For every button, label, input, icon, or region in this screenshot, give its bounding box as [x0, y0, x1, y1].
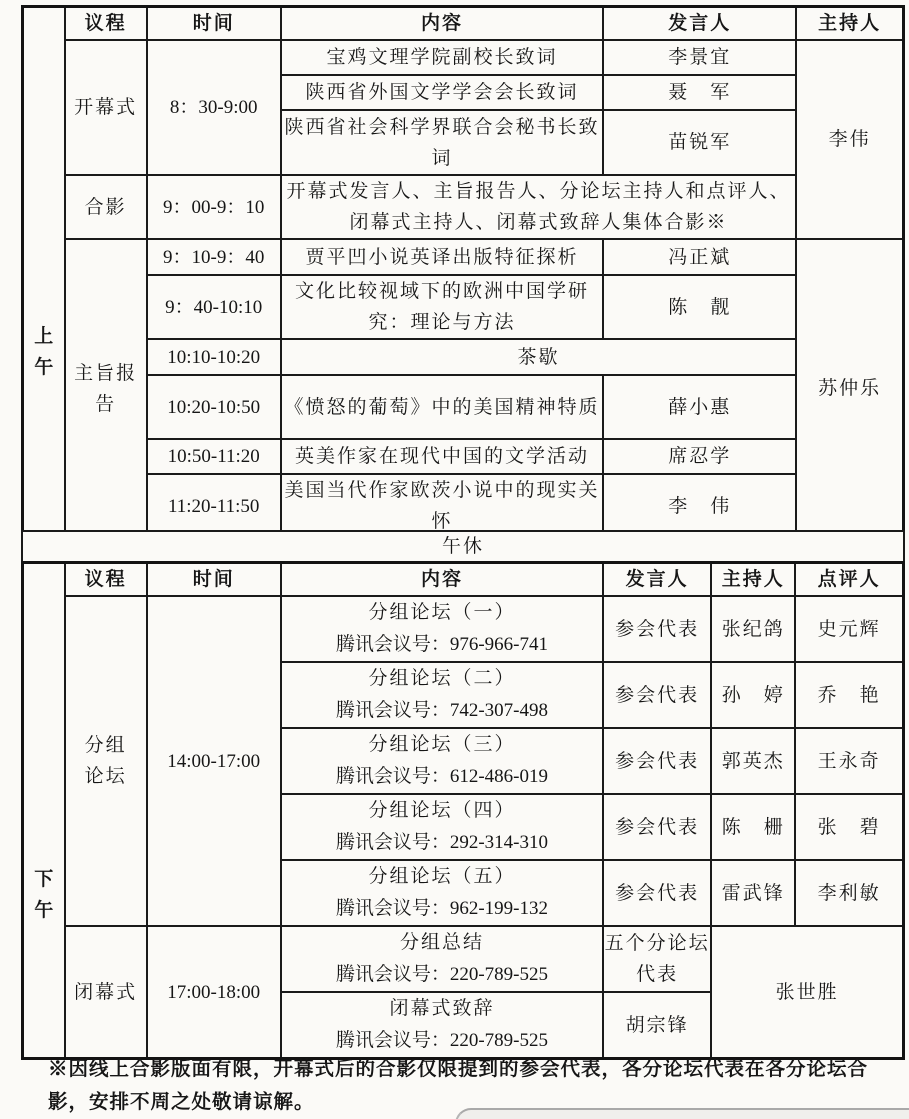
- speaker-cell: 苗锐军: [603, 110, 796, 175]
- agenda-label: 开幕式: [73, 92, 139, 123]
- content-cell: 开幕式发言人、主旨报告人、分论坛主持人和点评人、闭幕式主持人、闭幕式致辞人集体合…: [281, 175, 797, 239]
- content-cell: 分组论坛（三） 腾讯会议号：612-486-019: [281, 728, 603, 794]
- time-cell: 11:20-11:50: [147, 474, 281, 539]
- content-cell: 英美作家在现代中国的文学活动: [281, 439, 603, 474]
- speaker-cell: 薛小惠: [603, 375, 796, 439]
- column-header-time: 时间: [147, 563, 281, 597]
- agenda-cell: 主旨报告: [65, 239, 147, 539]
- agenda-label: 主旨报告: [73, 358, 139, 420]
- table-row: 10:20-10:50 《愤怒的葡萄》中的美国精神特质 薛小惠: [23, 375, 904, 439]
- column-header-content: 内容: [281, 563, 603, 597]
- session-title: 闭幕式致辞: [282, 993, 602, 1025]
- time-cell: 10:10-10:20: [147, 339, 281, 375]
- content-cell: 陕西省外国文学学会会长致词: [281, 75, 603, 110]
- table-row: 11:20-11:50 美国当代作家欧茨小说中的现实关怀 李 伟: [23, 474, 904, 539]
- reviewer-cell: 乔 艳: [795, 662, 903, 728]
- agenda-label: 分组论坛: [83, 730, 129, 792]
- table-row: 上午 议程 时间 内容 发言人 主持人: [23, 7, 904, 41]
- agenda-cell: 分组论坛: [65, 596, 147, 926]
- time-cell: 9：00-9：10: [147, 175, 281, 239]
- speaker-cell: 冯正斌: [603, 239, 796, 275]
- column-header-agenda: 议程: [65, 563, 147, 597]
- content-cell: 文化比较视域下的欧洲中国学研究：理论与方法: [281, 275, 603, 339]
- column-header-speaker: 发言人: [603, 563, 711, 597]
- content-cell: 《愤怒的葡萄》中的美国精神特质: [281, 375, 603, 439]
- time-cell: 10:50-11:20: [147, 439, 281, 474]
- speaker-cell: 席忍学: [603, 439, 796, 474]
- period-label: 下午: [33, 696, 55, 926]
- meeting-id: 腾讯会议号：962-199-132: [282, 893, 602, 925]
- time-cell: 9：10-9：40: [147, 239, 281, 275]
- content-cell: 分组论坛（四） 腾讯会议号：292-314-310: [281, 794, 603, 860]
- reviewer-cell: 张 碧: [795, 794, 903, 860]
- speaker-cell: 参会代表: [603, 596, 711, 662]
- host-cell: 张纪鸽: [711, 596, 795, 662]
- time-cell: 8：30-9:00: [147, 40, 281, 175]
- agenda-cell: 开幕式: [65, 40, 147, 175]
- reviewer-cell: 李利敏: [795, 860, 903, 926]
- content-cell: 分组论坛（一） 腾讯会议号：976-966-741: [281, 596, 603, 662]
- column-header-reviewer: 点评人: [795, 563, 903, 597]
- host-cell: 郭英杰: [711, 728, 795, 794]
- table-row: 10:50-11:20 英美作家在现代中国的文学活动 席忍学: [23, 439, 904, 474]
- speaker-cell: 陈 靓: [603, 275, 796, 339]
- table-row: 10:10-10:20 茶歇: [23, 339, 904, 375]
- column-header-host: 主持人: [711, 563, 795, 597]
- meeting-id: 腾讯会议号：292-314-310: [282, 827, 602, 859]
- schedule-sheet: 上午 议程 时间 内容 发言人 主持人 开幕式 8：30-9:00 宝鸡文理学院…: [0, 0, 909, 1119]
- meeting-id: 腾讯会议号：220-789-525: [282, 959, 602, 991]
- meeting-id: 腾讯会议号：612-486-019: [282, 761, 602, 793]
- content-cell: 贾平凹小说英译出版特征探析: [281, 239, 603, 275]
- time-cell: 10:20-10:50: [147, 375, 281, 439]
- speaker-cell: 聂 军: [603, 75, 796, 110]
- speaker-cell: 李 伟: [603, 474, 796, 539]
- content-cell: 分组论坛（五） 腾讯会议号：962-199-132: [281, 860, 603, 926]
- table-row: 主旨报告 9：10-9：40 贾平凹小说英译出版特征探析 冯正斌 苏仲乐: [23, 239, 904, 275]
- time-cell: 9：40-10:10: [147, 275, 281, 339]
- table-row: 下午 议程 时间 内容 发言人 主持人 点评人: [23, 563, 904, 597]
- content-cell: 分组论坛（二） 腾讯会议号：742-307-498: [281, 662, 603, 728]
- host-cell: 孙 婷: [711, 662, 795, 728]
- speaker-cell: 参会代表: [603, 662, 711, 728]
- noon-break-row: 午休: [21, 530, 905, 563]
- forum-title: 分组论坛（五）: [282, 861, 602, 893]
- host-cell: 陈 栅: [711, 794, 795, 860]
- table-row: 合影 9：00-9：10 开幕式发言人、主旨报告人、分论坛主持人和点评人、闭幕式…: [23, 175, 904, 239]
- meeting-id: 腾讯会议号：742-307-498: [282, 695, 602, 727]
- table-row: 9：40-10:10 文化比较视域下的欧洲中国学研究：理论与方法 陈 靓: [23, 275, 904, 339]
- content-cell: 美国当代作家欧茨小说中的现实关怀: [281, 474, 603, 539]
- speaker-cell: 李景宜: [603, 40, 796, 75]
- column-header-host: 主持人: [796, 7, 903, 41]
- column-header-agenda: 议程: [65, 7, 147, 41]
- speaker-cell: 五个分论坛代表: [603, 926, 711, 992]
- scan-overlay-corner: [455, 1108, 909, 1119]
- host-cell: 李伟: [796, 40, 903, 239]
- agenda-cell: 合影: [65, 175, 147, 239]
- reviewer-cell: 史元辉: [795, 596, 903, 662]
- period-label: 上午: [33, 163, 55, 383]
- table-row: 闭幕式 17:00-18:00 分组总结 腾讯会议号：220-789-525 五…: [23, 926, 904, 992]
- speaker-cell: 参会代表: [603, 728, 711, 794]
- speaker-cell: 参会代表: [603, 860, 711, 926]
- forum-title: 分组论坛（二）: [282, 663, 602, 695]
- host-cell: 苏仲乐: [796, 239, 903, 539]
- reviewer-cell: 王永奇: [795, 728, 903, 794]
- agenda-label: 合影: [73, 192, 139, 223]
- afternoon-table: 下午 议程 时间 内容 发言人 主持人 点评人 分组论坛 14:00-17:00…: [21, 561, 905, 1060]
- host-cell: 张世胜: [711, 926, 903, 1059]
- agenda-label: 闭幕式: [73, 977, 139, 1008]
- column-header-speaker: 发言人: [603, 7, 796, 41]
- time-cell: 17:00-18:00: [147, 926, 281, 1059]
- forum-title: 分组论坛（四）: [282, 795, 602, 827]
- content-cell: 茶歇: [281, 339, 797, 375]
- column-header-content: 内容: [281, 7, 603, 41]
- meeting-id: 腾讯会议号：976-966-741: [282, 629, 602, 661]
- content-cell: 陕西省社会科学界联合会秘书长致词: [281, 110, 603, 175]
- content-cell: 闭幕式致辞 腾讯会议号：220-789-525: [281, 992, 603, 1059]
- period-cell-afternoon: 下午: [23, 563, 65, 1059]
- host-cell: 雷武锋: [711, 860, 795, 926]
- content-cell: 宝鸡文理学院副校长致词: [281, 40, 603, 75]
- agenda-cell: 闭幕式: [65, 926, 147, 1059]
- forum-title: 分组论坛（一）: [282, 597, 602, 629]
- column-header-time: 时间: [147, 7, 281, 41]
- speaker-cell: 胡宗锋: [603, 992, 711, 1059]
- table-row: 分组论坛 14:00-17:00 分组论坛（一） 腾讯会议号：976-966-7…: [23, 596, 904, 662]
- content-cell: 分组总结 腾讯会议号：220-789-525: [281, 926, 603, 992]
- period-cell-morning: 上午: [23, 7, 65, 539]
- time-cell: 14:00-17:00: [147, 596, 281, 926]
- table-row: 开幕式 8：30-9:00 宝鸡文理学院副校长致词 李景宜 李伟: [23, 40, 904, 75]
- session-title: 分组总结: [282, 927, 602, 959]
- morning-table: 上午 议程 时间 内容 发言人 主持人 开幕式 8：30-9:00 宝鸡文理学院…: [21, 5, 905, 540]
- speaker-cell: 参会代表: [603, 794, 711, 860]
- forum-title: 分组论坛（三）: [282, 729, 602, 761]
